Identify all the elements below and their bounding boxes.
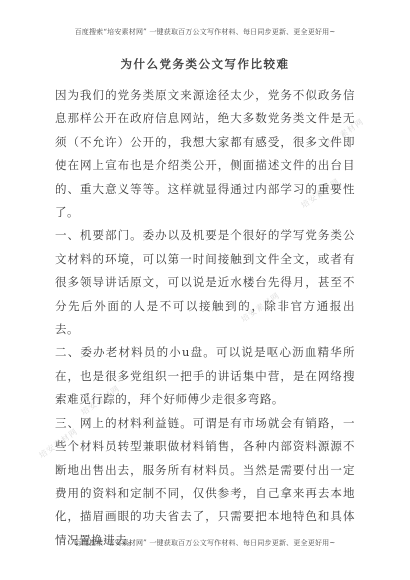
document-page: 百度搜索“培安素材网” 一键获取百万公文写作材料、每日同步更新、更全更好用~ 培… (0, 0, 410, 580)
document-title: 为什么党务类公文写作比较难 (0, 56, 410, 72)
paragraph-intro: 因为我们的党务类原文来源途径太少，党务不似政务信息那样公开在政府信息网站，绝大多… (55, 84, 355, 224)
page-header-slogan: 百度搜索“培安素材网” 一键获取百万公文写作材料、每日同步更新、更全更好用~ (0, 27, 410, 37)
paragraph-section-1: 一、机要部门。委办以及机要是个很好的学写党务类公文材料的环境，可以第一时间接触到… (55, 224, 355, 341)
paragraph-section-2: 二、委办老材料员的小u盘。可以说是呕心沥血精华所在，也是很多党组织一把手的讲话集… (55, 341, 355, 411)
document-body: 因为我们的党务类原文来源途径太少，党务不似政务信息那样公开在政府信息网站，绝大多… (55, 84, 355, 552)
page-footer-slogan: 百度搜索“培安素材网” 一键获取百万公文写作材料、每日同步更新、更全更好用~ (0, 538, 410, 548)
paragraph-section-3: 三、网上的材料利益链。可谓是有市场就会有销路，一些个材料员转型兼职做材料销售，各… (55, 412, 355, 552)
